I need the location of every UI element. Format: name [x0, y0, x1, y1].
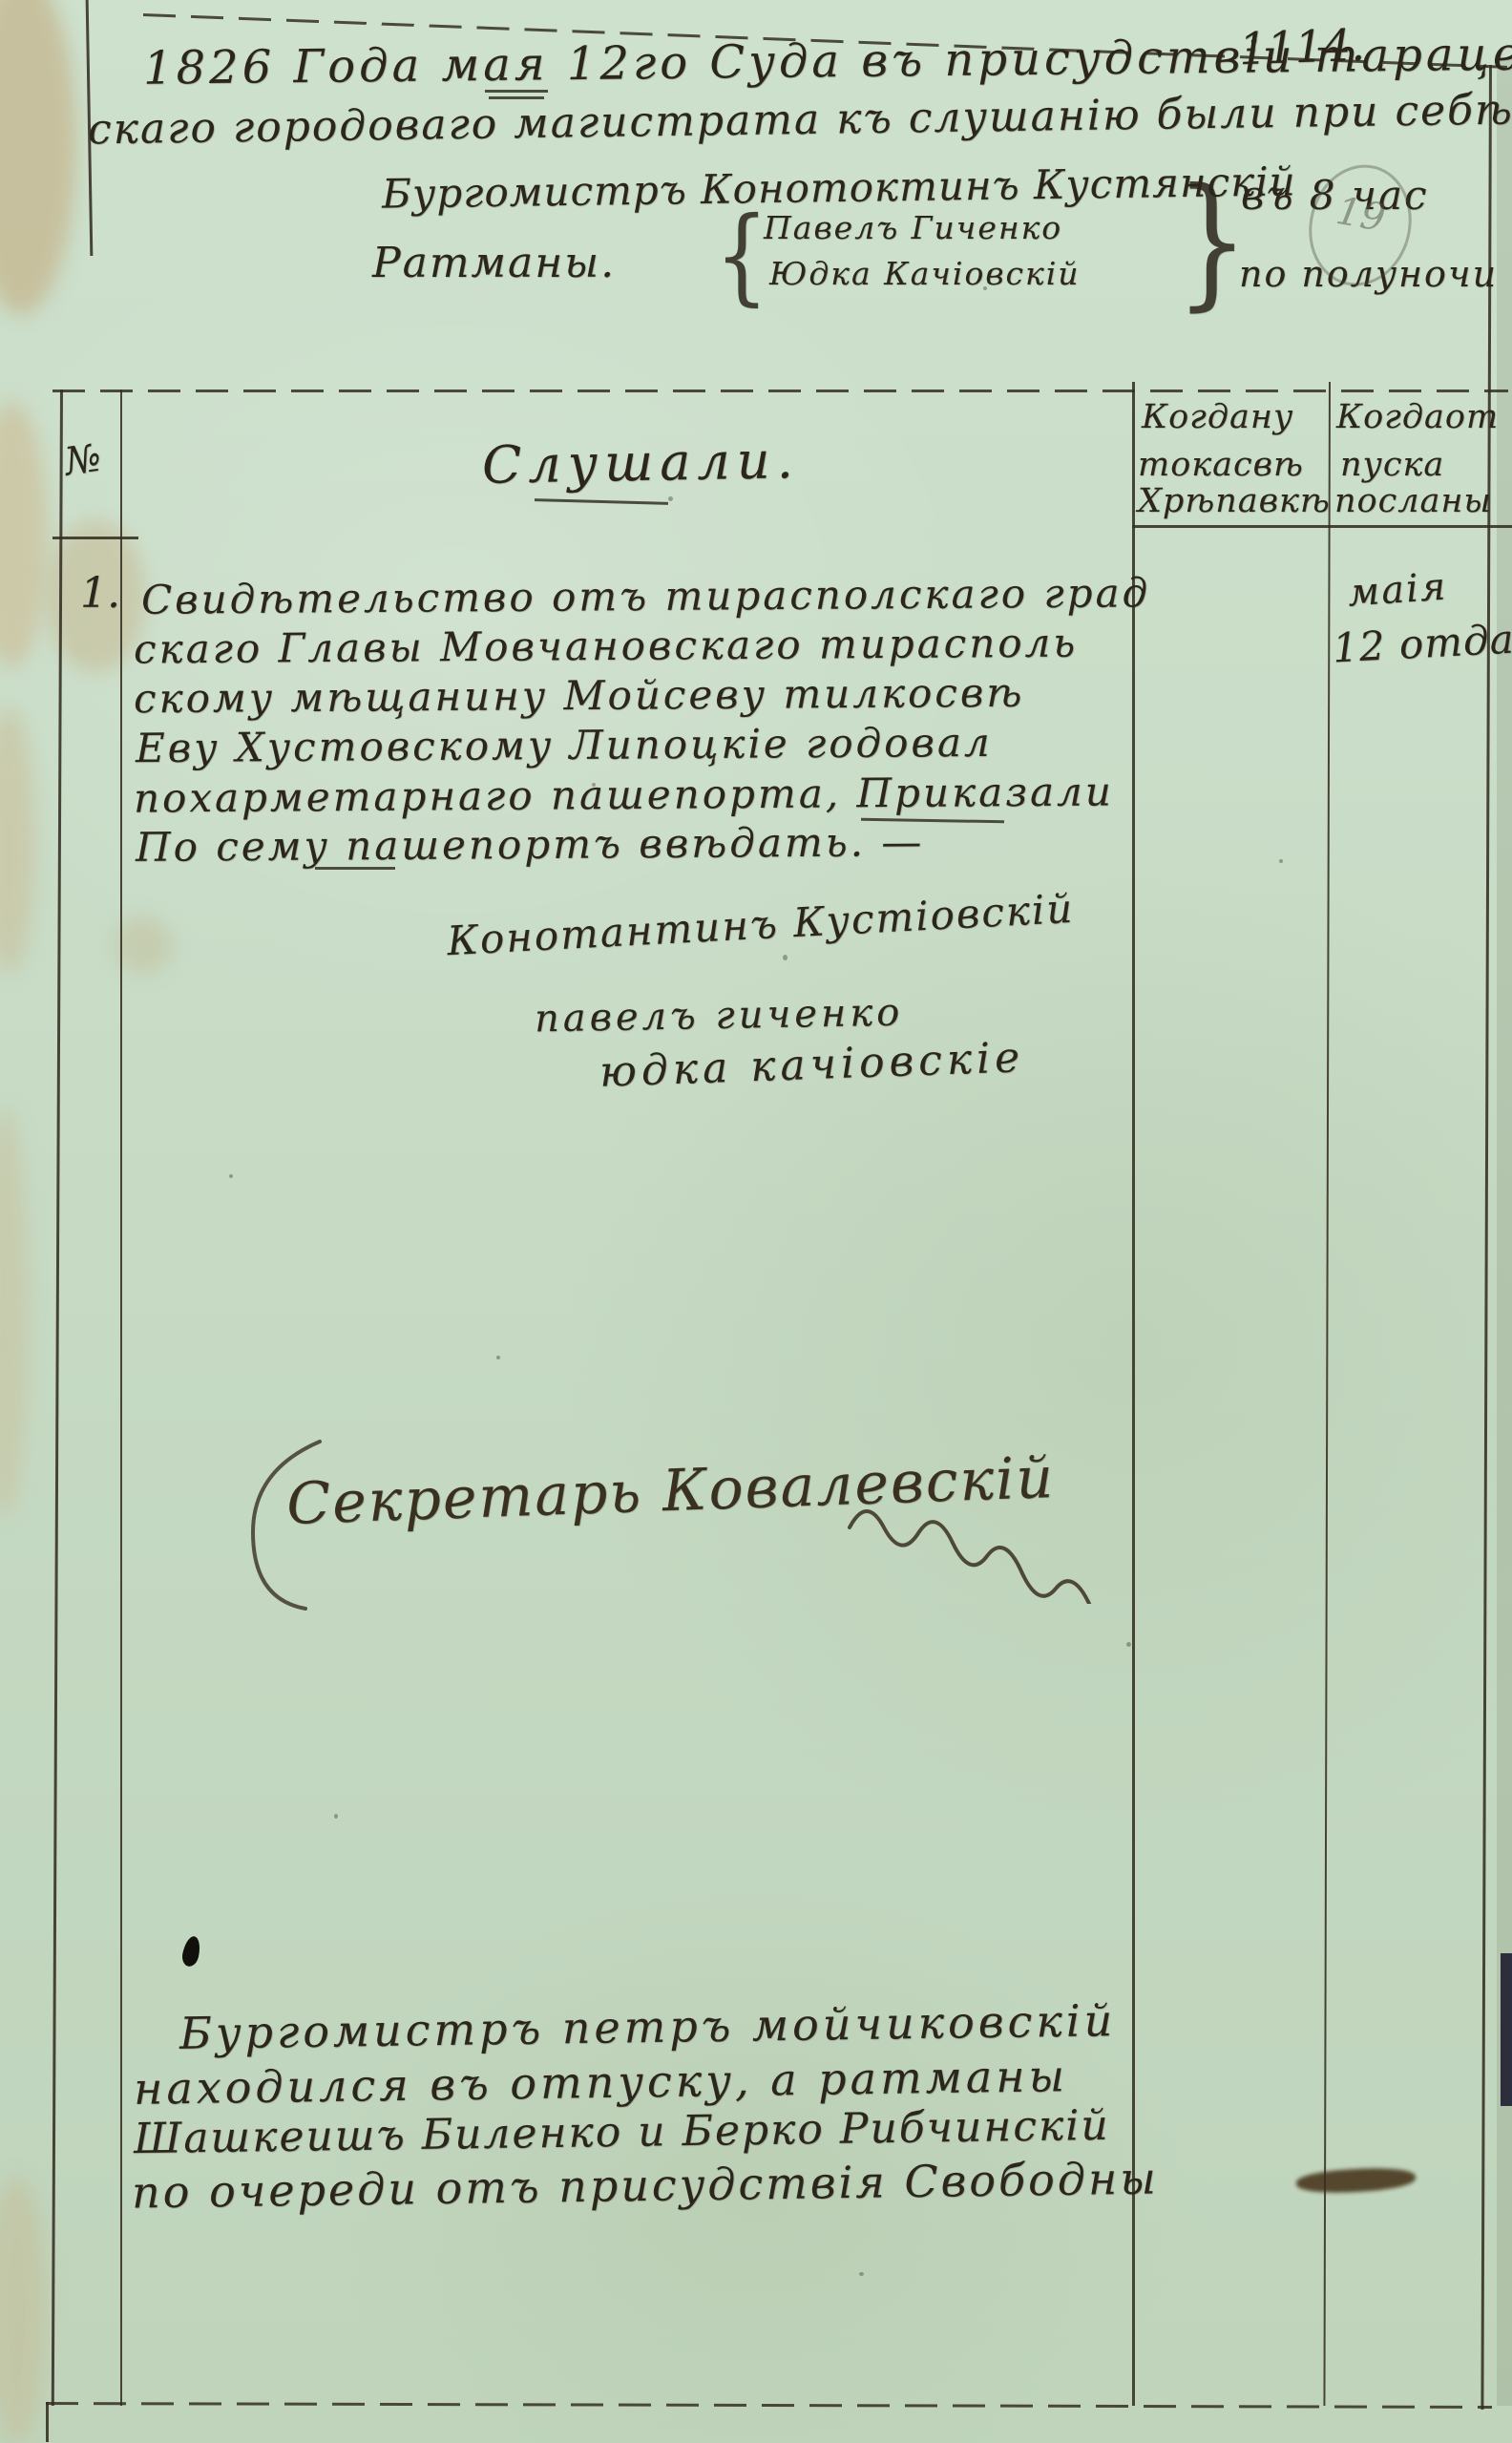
entry-text-line: похарметарнаго пашепорта, Приказали [134, 771, 1114, 818]
underline-mark [315, 867, 395, 870]
speck [229, 1174, 233, 1178]
bottom-left-corner-tick [46, 2402, 49, 2442]
stain [0, 1107, 29, 1518]
col3-header-line3: Хрѣпавкѣ [1138, 485, 1331, 518]
speck [783, 955, 787, 960]
table-top-rule [52, 390, 1508, 392]
underline-mark [535, 498, 668, 505]
stain [0, 401, 48, 668]
speck [1279, 859, 1283, 863]
signature-kachiovsky: юдка качіовскіе [598, 1037, 1024, 1094]
speck [1126, 1642, 1131, 1647]
entry-number: 1. [80, 573, 120, 615]
signature-flourish [840, 1489, 1298, 1604]
signature-gichenko: павелъ гиченко [535, 994, 904, 1039]
speck [496, 1356, 500, 1359]
table-left-border [52, 390, 63, 2406]
header-line3: Бургомистръ Конотоктинъ Кустянскій [382, 161, 1296, 214]
footer-line: Бургомистръ петръ мойчиковскій [179, 1998, 1117, 2055]
ink-blob [180, 1935, 202, 1969]
bottom-border-rule [46, 2402, 1492, 2409]
footer-line: находился въ отпуску, а ратманы [134, 2053, 1069, 2111]
signature-kustovsky: Конотантинъ Кустіовскій [446, 889, 1075, 961]
speck [668, 496, 673, 501]
underline-mark [485, 90, 548, 93]
col3-header-line1: Когдану [1142, 401, 1293, 434]
right-header-bottom-rule [1132, 525, 1512, 528]
edge-shade [1497, 57, 1512, 2406]
entry-text-line: Свидѣтельство отъ тирасполскаго град [141, 573, 1150, 620]
signature-swash [229, 1432, 344, 1623]
col3-header-line2: токасвѣ [1138, 449, 1304, 482]
speck [334, 1814, 338, 1819]
entry-text-line: Еву Хустовскому Липоцкіе годовал [136, 723, 993, 769]
col4-header-line3: посланы [1334, 485, 1492, 518]
entry-text-line: скому мѣщанину Мойсеву тилкосвѣ [134, 673, 1025, 720]
no-column-divider [120, 390, 122, 2406]
ink-smudge [1295, 2166, 1416, 2196]
header-line1: 1826 Года мая 12го Суда въ присудствіи т… [143, 31, 1512, 92]
speck [859, 2272, 864, 2276]
footer-line: Шашкеишъ Биленко и Берко Рибчинскій [134, 2105, 1110, 2160]
main-col3-divider [1132, 382, 1135, 2406]
ratman2-name: Юдка Качіовскій [769, 258, 1081, 289]
manuscript-page: 1114. 1826 Года мая 12го Суда въ присудс… [0, 0, 1512, 2443]
footer-line: по очереди отъ присудствія Свободны [132, 2156, 1159, 2214]
col3-col4-divider [1323, 382, 1331, 2406]
header-line2: скаго городоваго магистрата къ слушанію … [88, 90, 1512, 152]
no-column-header: № [62, 439, 103, 482]
stain [0, 706, 35, 974]
stain [115, 916, 172, 974]
ratmany-brace-left: { [715, 202, 768, 307]
stain [0, 2177, 48, 2443]
pencil-note: 19 [1333, 192, 1388, 238]
col4-header-line2: пуска [1340, 449, 1444, 482]
entry-text-line: скаго Главы Мовчановскаго тирасполь [134, 623, 1078, 670]
officials-brace-right: } [1176, 170, 1249, 313]
stain [0, 0, 76, 315]
ratman1-name: Павелъ Гиченко [764, 212, 1062, 243]
no-cell-bottom-rule [52, 537, 138, 539]
ratmany-label: Ратманы. [372, 242, 616, 284]
entry-date-line2: 12 отданъ [1332, 617, 1512, 669]
entry-date-line1: маія [1347, 567, 1449, 612]
col4-header-line1: Когдаот [1336, 401, 1499, 434]
entry-text-line: По сему пашепортъ ввѣдать. — [136, 822, 925, 868]
main-column-header: Слушали. [482, 434, 801, 492]
